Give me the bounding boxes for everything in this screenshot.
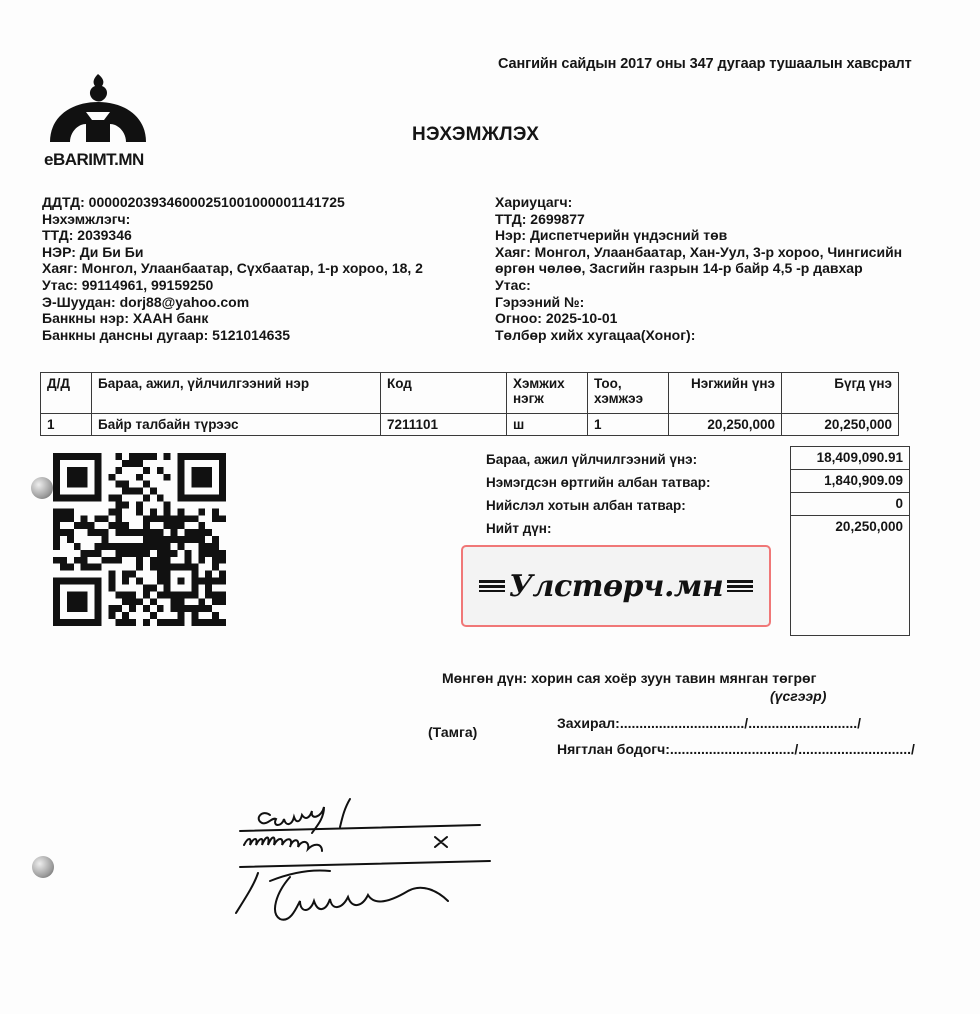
punch-hole-icon — [32, 856, 54, 878]
totals-values: 18,409,090.91 1,840,909.09 0 20,250,000 — [790, 446, 910, 636]
handwritten-signature-icon — [230, 785, 550, 945]
buyer-line: Хариуцагч: — [495, 194, 902, 211]
cell-unit-price: 20,250,000 — [669, 414, 782, 436]
buyer-line: Огноо: 2025-10-01 — [495, 310, 902, 327]
amount-in-words: Мөнгөн дүн: хорин сая хоёр зуун тавин мя… — [442, 670, 816, 686]
wing-right-icon — [727, 580, 753, 592]
vat-value: 1,840,909.09 — [791, 470, 909, 493]
cell-unit: ш — [507, 414, 588, 436]
seller-line: ДДТД: 000002039346000251001000001141725 — [42, 194, 423, 211]
qr-code-icon — [53, 453, 226, 626]
col-header-name: Бараа, ажил, үйлчилгээний нэр — [92, 373, 381, 414]
seller-line: Банкны нэр: ХААН банк — [42, 310, 423, 327]
items-table: Д/Д Бараа, ажил, үйлчилгээний нэр Код Хэ… — [40, 372, 899, 436]
col-header-unit-price: Нэгжийн үнэ — [669, 373, 782, 414]
table-header-row: Д/Д Бараа, ажил, үйлчилгээний нэр Код Хэ… — [41, 373, 899, 414]
seller-info: ДДТД: 000002039346000251001000001141725 … — [42, 194, 423, 343]
cell-name: Байр талбайн түрээс — [92, 414, 381, 436]
buyer-info: Хариуцагч: ТТД: 2699877 Нэр: Диспетчерий… — [495, 194, 902, 343]
buyer-line: Гэрээний №: — [495, 294, 902, 311]
watermark-stamp: Улстөрч.мн — [461, 545, 771, 627]
vat-label: Нэмэгдсэн өртгийн албан татвар: — [484, 475, 792, 490]
buyer-line: өргөн чөлөө, Засгийн газрын 14-р байр 4,… — [495, 260, 902, 277]
in-words-label: (үсгээр) — [770, 688, 826, 704]
cell-code: 7211101 — [381, 414, 507, 436]
seller-line: Э-Шуудан: dorj88@yahoo.com — [42, 294, 423, 311]
seller-line: Банкны дансны дугаар: 5121014635 — [42, 327, 423, 344]
seller-line: Нэхэмжлэгч: — [42, 211, 423, 228]
cell-no: 1 — [41, 414, 92, 436]
watermark-text: Улстөрч.мн — [509, 569, 724, 604]
col-header-unit: Хэмжих нэгж — [507, 373, 588, 414]
col-header-no: Д/Д — [41, 373, 92, 414]
wing-left-icon — [479, 580, 505, 592]
col-header-qty: Тоо, хэмжээ — [588, 373, 669, 414]
buyer-line: Утас: — [495, 277, 902, 294]
buyer-line: ТТД: 2699877 — [495, 211, 902, 228]
col-header-code: Код — [381, 373, 507, 414]
buyer-line: Нэр: Диспетчерийн үндэсний төв — [495, 227, 902, 244]
table-row: 1 Байр талбайн түрээс 7211101 ш 1 20,250… — [41, 414, 899, 436]
page-title: НЭХЭМЖЛЭХ — [412, 124, 539, 146]
seller-line: ТТД: 2039346 — [42, 227, 423, 244]
seller-line: Хаяг: Монгол, Улаанбаатар, Сүхбаатар, 1-… — [42, 260, 423, 277]
col-header-total: Бүгд үнэ — [782, 373, 899, 414]
city-tax-label: Нийслэл хотын албан татвар: — [484, 498, 792, 513]
totals-labels: Бараа, ажил үйлчилгээний үнэ: Нэмэгдсэн … — [484, 448, 792, 540]
grand-total-value: 20,250,000 — [791, 516, 909, 538]
buyer-line: Хаяг: Монгол, Улаанбаатар, Хан-Уул, 3-р … — [495, 244, 902, 261]
accountant-signature-line: Нягтлан бодогч:.........................… — [557, 741, 915, 757]
director-signature-line: Захирал:................................… — [557, 715, 861, 731]
seller-line: Утас: 99114961, 99159250 — [42, 277, 423, 294]
cell-qty: 1 — [588, 414, 669, 436]
cell-total: 20,250,000 — [782, 414, 899, 436]
seal-label: (Тамга) — [428, 724, 477, 740]
buyer-line: Төлбөр хийх хугацаа(Хоног): — [495, 327, 902, 344]
subtotal-value: 18,409,090.91 — [791, 447, 909, 470]
logo-text: eBARIMT.MN — [44, 150, 144, 170]
grand-total-label: Нийт дүн: — [484, 521, 792, 536]
annex-note: Сангийн сайдын 2017 оны 347 дугаар тушаа… — [498, 56, 912, 72]
seller-line: НЭР: Ди Би Би — [42, 244, 423, 261]
subtotal-label: Бараа, ажил үйлчилгээний үнэ: — [484, 452, 792, 467]
city-tax-value: 0 — [791, 493, 909, 516]
punch-hole-icon — [31, 477, 53, 499]
